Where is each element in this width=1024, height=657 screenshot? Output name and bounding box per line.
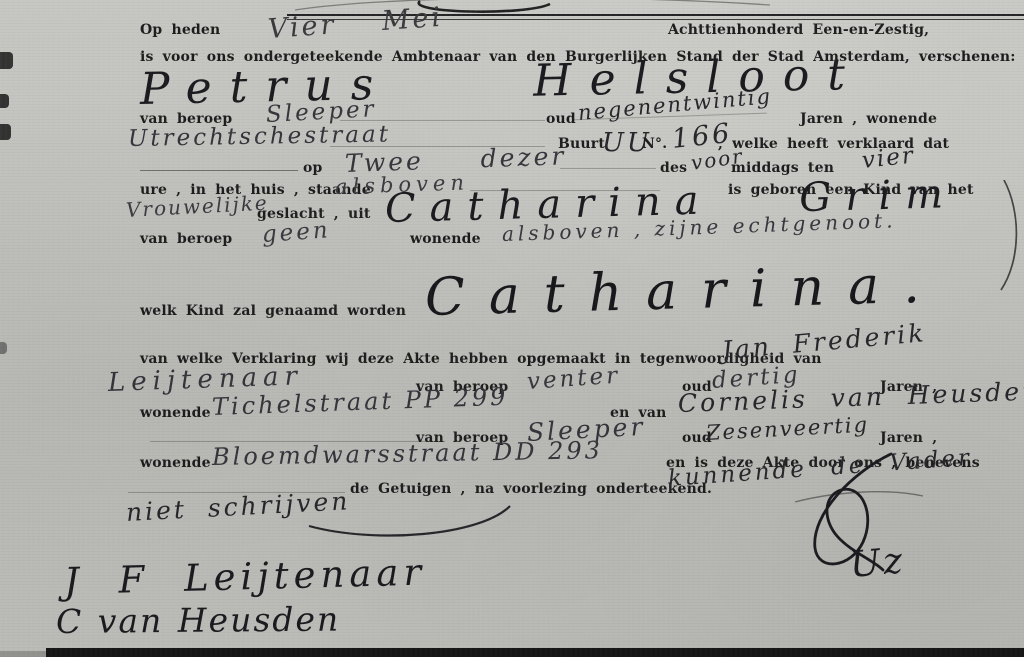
- hour-handwritten: vier: [861, 143, 916, 174]
- witness2-signature: C van Heusden: [56, 600, 341, 641]
- fill-rule: [140, 170, 298, 171]
- op-label: op: [303, 160, 323, 176]
- middags-label: middags ten: [731, 160, 834, 176]
- scan-bottom-edge: [46, 648, 1024, 657]
- date-handwritten: Vier Mei: [267, 2, 444, 45]
- fill-rule: [560, 168, 656, 169]
- verklaard-label: , welke heeft verklaard dat: [718, 136, 949, 152]
- birth-certificate-scan: Op heden Vier Mei Achttienhonderd Een-en…: [0, 0, 1024, 657]
- witness1-signature: J F Leijtenaar: [63, 551, 426, 603]
- right-margin-bracket-stroke: [998, 180, 1024, 292]
- handwriting-swash-stroke: [305, 502, 515, 544]
- closing-line-2: de Getuigen , na voorlezing onderteekend…: [350, 481, 712, 497]
- witness2-age-handwritten: Zesenveertig: [705, 412, 869, 445]
- scan-edge-mark: [0, 124, 11, 140]
- mother-beroep-handwritten: geen: [261, 217, 331, 248]
- child-name-label: welk Kind zal genaamd worden: [140, 303, 406, 319]
- child-name-handwritten: Catharina.: [424, 254, 944, 328]
- witness1-beroep-handwritten: venter: [526, 363, 621, 395]
- witness2-wonende-label: wonende: [140, 455, 211, 471]
- mother-beroep-label: van beroep: [140, 231, 232, 247]
- witness1-wonende-label: wonende: [140, 405, 211, 421]
- des-label: des: [660, 160, 687, 176]
- jaren-wonende-label: Jaren , wonende: [800, 111, 937, 127]
- oud-label: oud: [546, 111, 576, 127]
- witness2-address-handwritten: Bloemdwarsstraat DD 293: [212, 436, 603, 471]
- scan-edge-mark: [0, 342, 7, 354]
- scan-edge-mark: [0, 94, 9, 108]
- witness1-firstname-handwritten: Jan Frederik: [721, 318, 928, 365]
- scan-edge-mark: [0, 52, 13, 69]
- op-heden-label: Op heden: [140, 22, 220, 38]
- witness2-jaren-label: Jaren ,: [880, 430, 937, 446]
- mother-wonende-label: wonende: [410, 231, 481, 247]
- huisnummer-label: N°.: [642, 136, 667, 152]
- official-paraph-initials: Uz: [848, 540, 907, 586]
- scan-bottom-edge-fade: [0, 651, 46, 657]
- street-handwritten: Utrechtschestraat: [128, 121, 391, 152]
- year-label: Achttienhonderd Een-en-Zestig,: [668, 22, 929, 38]
